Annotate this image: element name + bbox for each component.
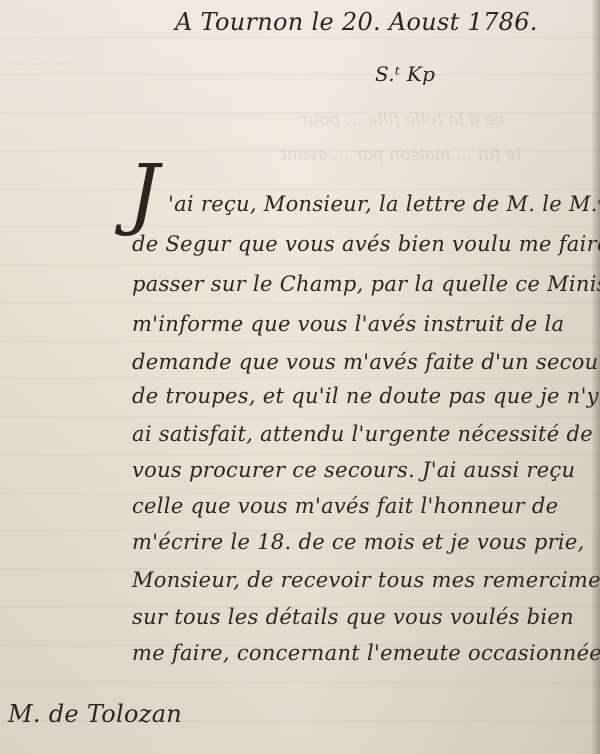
- ink-bleed-through: ... ... ...: [10, 50, 69, 70]
- letter-line: demande que vous m'avés faite d'un secou…: [132, 350, 600, 374]
- ink-bleed-through: le fui ... maison par ... avant: [280, 145, 521, 165]
- letter-line: Monsieur, de recevoir tous mes remercime…: [132, 568, 600, 592]
- letter-initial: J: [128, 155, 159, 233]
- page-edge-shadow: [592, 0, 600, 754]
- letter-line: me faire, concernant l'emeute occasionné…: [132, 641, 600, 665]
- letter-line: ai satisfait, attendu l'urgente nécessit…: [132, 422, 593, 446]
- letter-line: de troupes, et qu'il ne doute pas que je…: [132, 384, 599, 408]
- letter-addressee: M. de Tolozan: [8, 700, 182, 728]
- letter-dateline: A Tournon le 20. Aoust 1786.: [175, 8, 538, 36]
- letter-line: passer sur le Champ, par la quelle ce Mi…: [132, 272, 600, 296]
- letter-line: vous procurer ce secours. J'ai aussi reç…: [132, 458, 575, 482]
- letter-page: ce a la tolle fille ... pour le fui ... …: [0, 0, 600, 754]
- letter-line: sur tous les détails que vous voulés bie…: [132, 605, 574, 629]
- letter-line: m'écrire le 18. de ce mois et je vous pr…: [132, 530, 585, 554]
- ink-bleed-through: ce a la tolle fille ... pour: [300, 110, 504, 130]
- letter-reference-mark: S.ᵗ Kp: [375, 62, 435, 86]
- letter-line: 'ai reçu, Monsieur, la lettre de M. le M…: [168, 192, 600, 216]
- letter-line: m'informe que vous l'avés instruit de la: [132, 312, 564, 336]
- letter-line: de Segur que vous avés bien voulu me fai…: [132, 232, 600, 256]
- letter-line: celle que vous m'avés fait l'honneur de: [132, 494, 558, 518]
